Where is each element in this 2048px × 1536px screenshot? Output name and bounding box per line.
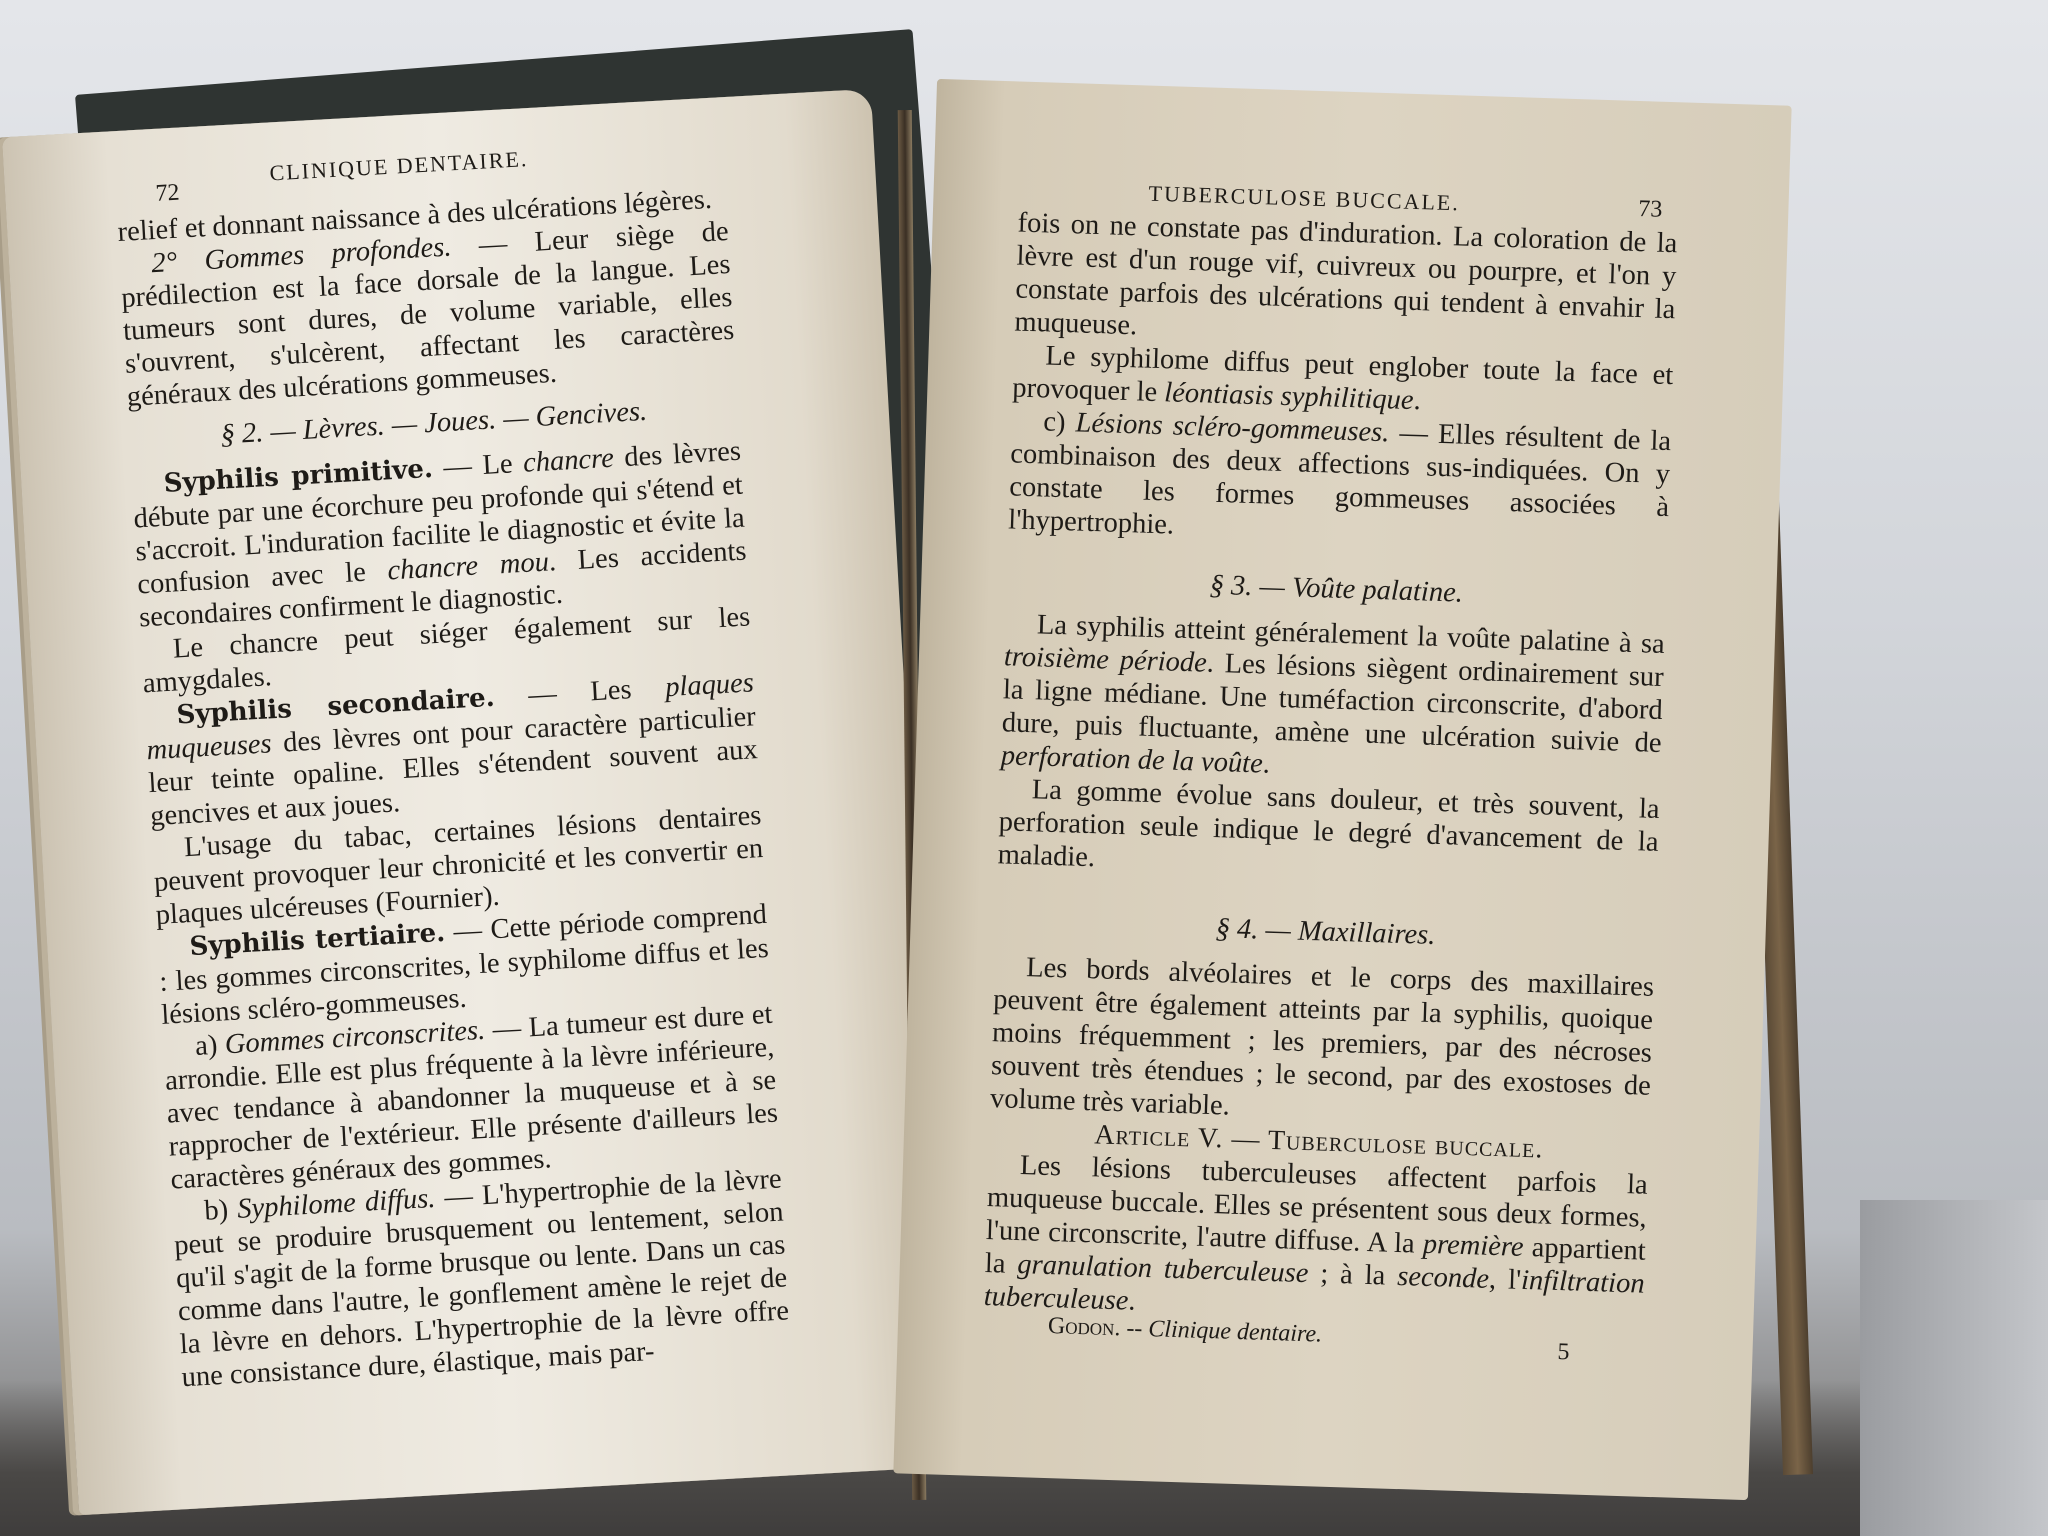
paragraph-syphilome-diffus: b) Syphilome diffus. — L'hypertrophie de…	[172, 1163, 792, 1395]
left-page-number: 72	[155, 180, 180, 208]
paragraph-sclero-gommeuses: c) Lésions scléro-gommeuses. — Elles rés…	[1008, 404, 1672, 557]
footer-title: Clinique dentaire.	[1148, 1316, 1322, 1347]
paragraph-continuation: fois on ne constate pas d'induration. La…	[1014, 207, 1678, 360]
right-page-body: fois on ne constate pas d'induration. La…	[983, 207, 1677, 1334]
right-page: TUBERCULOSE BUCCALE. 73 fois on ne const…	[893, 79, 1791, 1500]
paragraph-voute-palatine: La syphilis atteint généralement la voût…	[1000, 607, 1665, 793]
background-wall	[1860, 1200, 2048, 1536]
section-3-heading: § 3. — Voûte palatine.	[1006, 562, 1667, 616]
paragraph-syphilis-primitive: Syphilis primitive. — Le chancre des lèv…	[131, 435, 749, 635]
paragraph-tuberculose: Les lésions tuberculeuses affectent parf…	[983, 1148, 1648, 1334]
paragraph-gommes-profondes: 2° Gommes profondes. — Leur siège de pré…	[119, 215, 737, 414]
left-running-head: CLINIQUE DENTAIRE.	[269, 146, 529, 186]
paragraph-gomme-evolue: La gomme évolue sans douleur, et très so…	[997, 772, 1660, 892]
footer-author: Godon.	[1048, 1313, 1121, 1341]
left-page: 72 CLINIQUE DENTAIRE. relief et donnant …	[2, 89, 948, 1515]
signature-mark: 5	[1557, 1339, 1570, 1366]
section-4-heading: § 4. — Maxillaires.	[995, 905, 1656, 959]
right-running-head: TUBERCULOSE BUCCALE.	[1148, 181, 1460, 217]
right-page-number: 73	[1638, 196, 1663, 224]
left-page-body: relief et donnant naissance à des ulcéra…	[117, 182, 792, 1394]
paragraph-maxillaires: Les bords alvéolaires et le corps des ma…	[990, 950, 1655, 1136]
